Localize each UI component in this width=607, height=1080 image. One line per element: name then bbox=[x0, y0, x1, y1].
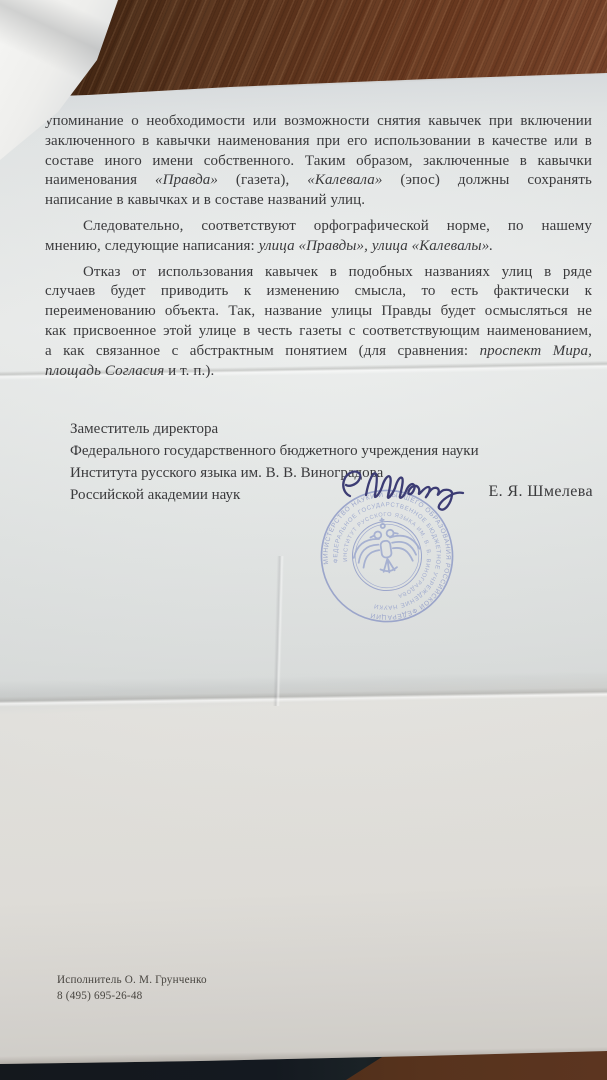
fold-crease-vertical bbox=[273, 556, 284, 706]
text-segment: случаев будет приводить к изменению смыс… bbox=[45, 283, 592, 299]
text-segment: упоминание о необходимости или возможнос… bbox=[45, 113, 592, 129]
signer-name: Е. Я. Шмелева bbox=[488, 483, 593, 501]
signer-title-line: Института русского языка им. В. В. Виног… bbox=[70, 462, 590, 484]
photo-of-letter: упоминание о необходимости или возможнос… bbox=[0, 0, 607, 1080]
signer-title-line: Федерального государственного бюджетного… bbox=[70, 440, 590, 462]
paragraph: Следовательно, соответствуют орфографиче… bbox=[45, 217, 592, 257]
text-segment-italic: проспект Мира, bbox=[480, 343, 592, 359]
text-segment: (эпос) должны сохранять bbox=[382, 172, 592, 188]
paragraph: упоминание о необходимости или возможнос… bbox=[45, 112, 592, 211]
text-segment: составе иного имени собственного. Таким … bbox=[45, 153, 592, 169]
executor-name: Исполнитель О. М. Грунченко bbox=[57, 972, 207, 988]
text-segment: (газета), bbox=[218, 172, 307, 188]
text-segment: Отказ от использования кавычек в подобны… bbox=[83, 264, 592, 280]
text-segment: переименованию объекта. Так, название ул… bbox=[45, 303, 592, 319]
text-segment: а как связанное с абстрактным понятием (… bbox=[45, 343, 480, 359]
text-line: написание в кавычках и в составе названи… bbox=[45, 191, 592, 211]
text-line: переименованию объекта. Так, название ул… bbox=[45, 302, 592, 322]
text-segment-italic: «Калевала» bbox=[307, 172, 382, 188]
text-line: Следовательно, соответствуют орфографиче… bbox=[45, 217, 592, 237]
fold-crease-lower bbox=[0, 671, 607, 707]
executor-phone: 8 (495) 695-26-48 bbox=[57, 988, 207, 1004]
handwritten-signature bbox=[336, 461, 468, 515]
text-line: площадь Согласия и т. п.). bbox=[45, 362, 592, 382]
text-line: Отказ от использования кавычек в подобны… bbox=[45, 263, 592, 283]
text-segment: и т. п.). bbox=[164, 363, 214, 379]
paragraph: Отказ от использования кавычек в подобны… bbox=[45, 263, 592, 382]
text-segment: наименования bbox=[45, 172, 155, 188]
text-line: заключенного в кавычки наименования при … bbox=[45, 132, 592, 152]
text-line: мнению, следующие написания: улица «Прав… bbox=[45, 237, 592, 257]
text-segment: мнению, следующие написания: bbox=[45, 238, 259, 254]
text-segment: Следовательно, соответствуют орфографиче… bbox=[83, 218, 592, 234]
text-line: а как связанное с абстрактным понятием (… bbox=[45, 342, 592, 362]
text-segment-italic: «Правда» bbox=[155, 172, 218, 188]
text-line: как присвоенное этой улице в честь газет… bbox=[45, 322, 592, 342]
signature-stroke bbox=[343, 472, 463, 510]
text-line: составе иного имени собственного. Таким … bbox=[45, 152, 592, 172]
text-segment-italic: улица «Правды», улица «Калевалы». bbox=[259, 238, 493, 254]
text-line: случаев будет приводить к изменению смыс… bbox=[45, 282, 592, 302]
signer-title-line: Заместитель директора bbox=[70, 418, 590, 440]
letter-sheet: упоминание о необходимости или возможнос… bbox=[0, 0, 607, 1080]
text-segment: написание в кавычках и в составе названи… bbox=[45, 192, 365, 208]
letter-body: упоминание о необходимости или возможнос… bbox=[45, 112, 592, 381]
executor-note: Исполнитель О. М. Грунченко 8 (495) 695-… bbox=[57, 972, 207, 1004]
text-segment-italic: площадь Согласия bbox=[45, 363, 164, 379]
text-line: упоминание о необходимости или возможнос… bbox=[45, 112, 592, 132]
text-segment: как присвоенное этой улице в честь газет… bbox=[45, 323, 592, 339]
text-segment: заключенного в кавычки наименования при … bbox=[45, 133, 592, 149]
text-line: наименования «Правда» (газета), «Калевал… bbox=[45, 171, 592, 191]
